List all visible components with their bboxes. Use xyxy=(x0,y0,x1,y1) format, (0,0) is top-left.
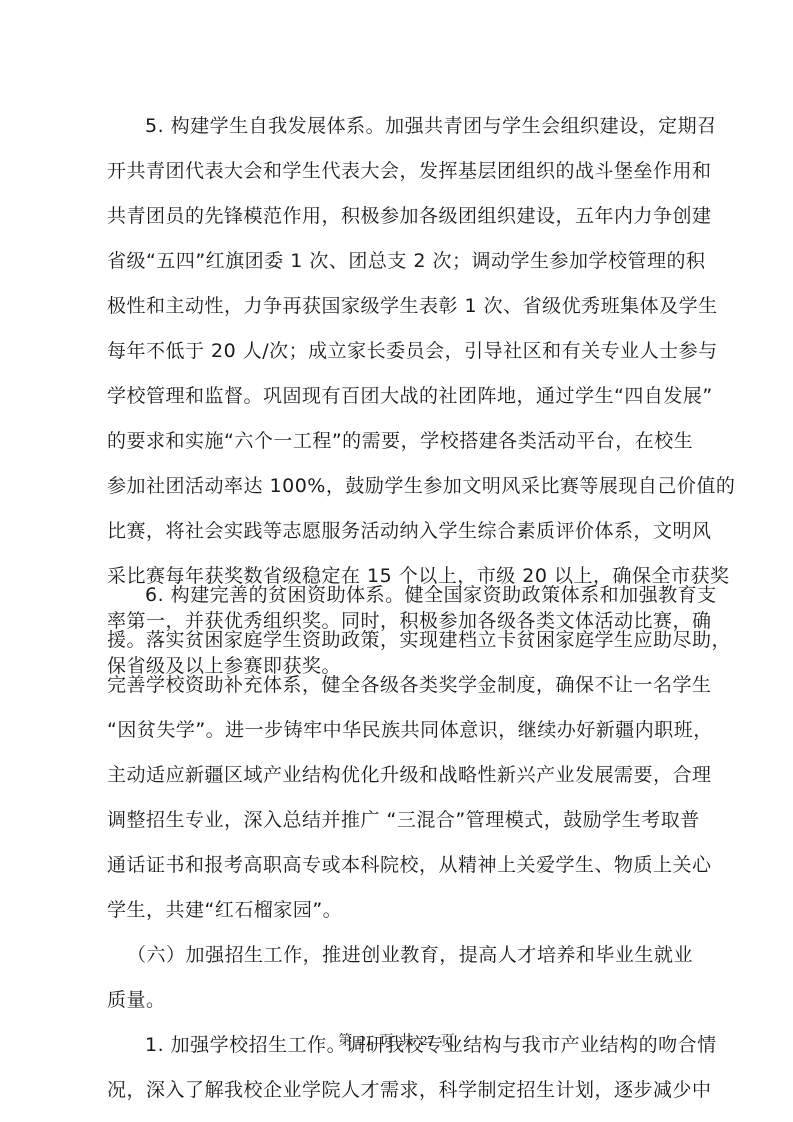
text-line: 主动适应新疆区域产业结构优化升级和战略性新兴产业发展需要，合理 xyxy=(107,763,693,787)
text-line: 学生，共建“红石榴家园”。 xyxy=(107,898,693,922)
text-line: 通话证书和报考高职高专或本科院校，从精神上关爱学生、物质上关心 xyxy=(107,853,693,877)
text-line: 的要求和实施“六个一工程”的需要，学校搭建各类活动平台，在校生 xyxy=(107,429,693,453)
section-heading-line: （六）加强招生工作，推进创业教育，提高人才培养和毕业生就业 xyxy=(127,943,693,967)
text-line: 调整招生专业，深入总结并推广 “三混合”管理模式，鼓励学生考取普 xyxy=(107,808,693,832)
text-line: 援。落实贫困家庭学生资助政策，实现建档立卡贫困家庭学生应助尽助， xyxy=(107,628,693,652)
document-page: 5. 构建学生自我发展体系。加强共青团与学生会组织建设，定期召 开共青团代表大会… xyxy=(0,0,793,1122)
text-line: 参加社团活动率达 100%，鼓励学生参加文明风采比赛等展现自己价值的 xyxy=(107,474,693,498)
text-line: 极性和主动性，力争再获国家级学生表彰 1 次、省级优秀班集体及学生 xyxy=(107,294,693,318)
text-line: 比赛，将社会实践等志愿服务活动纳入学生综合素质评价体系，文明风 xyxy=(107,519,693,543)
text-line: 6. 构建完善的贫困资助体系。健全国家资助政策体系和加强教育支 xyxy=(145,583,693,607)
text-line: “因贫失学”。进一步铸牢中华民族共同体意识，继续办好新疆内职班， xyxy=(107,718,693,742)
text-line: 学校管理和监督。巩固现有百团大战的社团阵地，通过学生“四自发展” xyxy=(107,384,693,408)
text-line: 共青团员的先锋模范作用，积极参加各级团组织建设，五年内力争创建 xyxy=(107,204,693,228)
text-line: 完善学校资助补充体系，健全各级各类奖学金制度，确保不让一名学生 xyxy=(107,673,693,697)
text-line: 况，深入了解我校企业学院人才需求，科学制定招生计划，逐步减少中 xyxy=(107,1078,693,1102)
text-line: 开共青团代表大会和学生代表大会，发挥基层团组织的战斗堡垒作用和 xyxy=(107,159,693,183)
section-heading-line: 质量。 xyxy=(107,988,693,1012)
text-line: 每年不低于 20 人/次；成立家长委员会，引导社区和有关专业人士参与 xyxy=(107,339,693,363)
page-number-footer: 第 21 页 共 27 页 xyxy=(0,1030,793,1050)
text-line: 5. 构建学生自我发展体系。加强共青团与学生会组织建设，定期召 xyxy=(145,114,693,138)
text-line: 省级“五四”红旗团委 1 次、团总支 2 次；调动学生参加学校管理的积 xyxy=(107,249,693,273)
